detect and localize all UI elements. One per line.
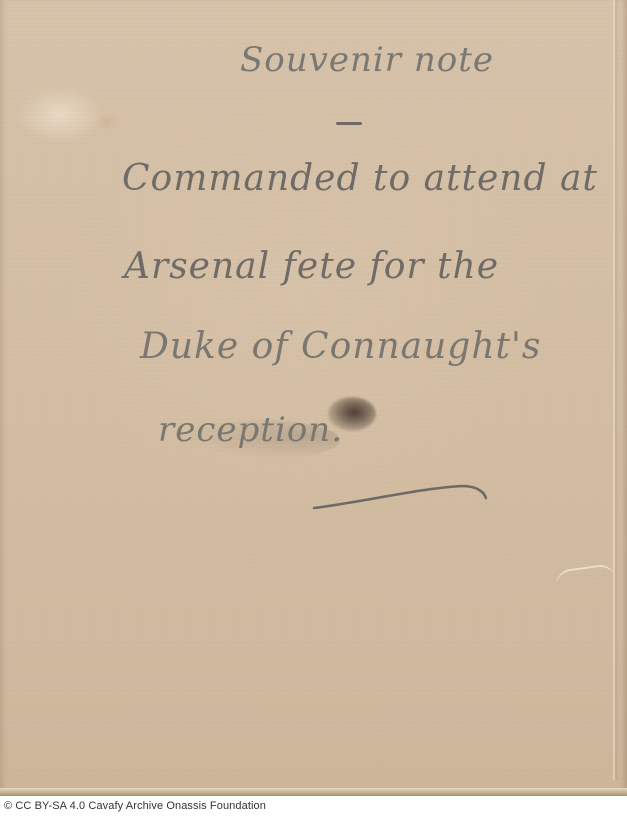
handwritten-heading: Souvenir note xyxy=(240,40,494,80)
handwritten-flourish-underline xyxy=(312,478,487,518)
manuscript-page: Souvenir note Commanded to attend at Ars… xyxy=(0,0,627,796)
document-viewer: Souvenir note Commanded to attend at Ars… xyxy=(0,0,627,820)
handwritten-line-1: Commanded to attend at xyxy=(122,158,598,199)
handwritten-line-2: Arsenal fete for the xyxy=(124,246,499,287)
page-bottom-edge xyxy=(0,788,627,796)
handwritten-line-4: reception. xyxy=(158,410,343,450)
page-fold-edge xyxy=(613,0,615,780)
handwritten-line-3: Duke of Connaught's xyxy=(140,326,541,367)
paper-tear-mark xyxy=(554,563,616,587)
copyright-credit: © CC BY-SA 4.0 Cavafy Archive Onassis Fo… xyxy=(4,800,266,812)
handwritten-dash xyxy=(336,122,362,125)
